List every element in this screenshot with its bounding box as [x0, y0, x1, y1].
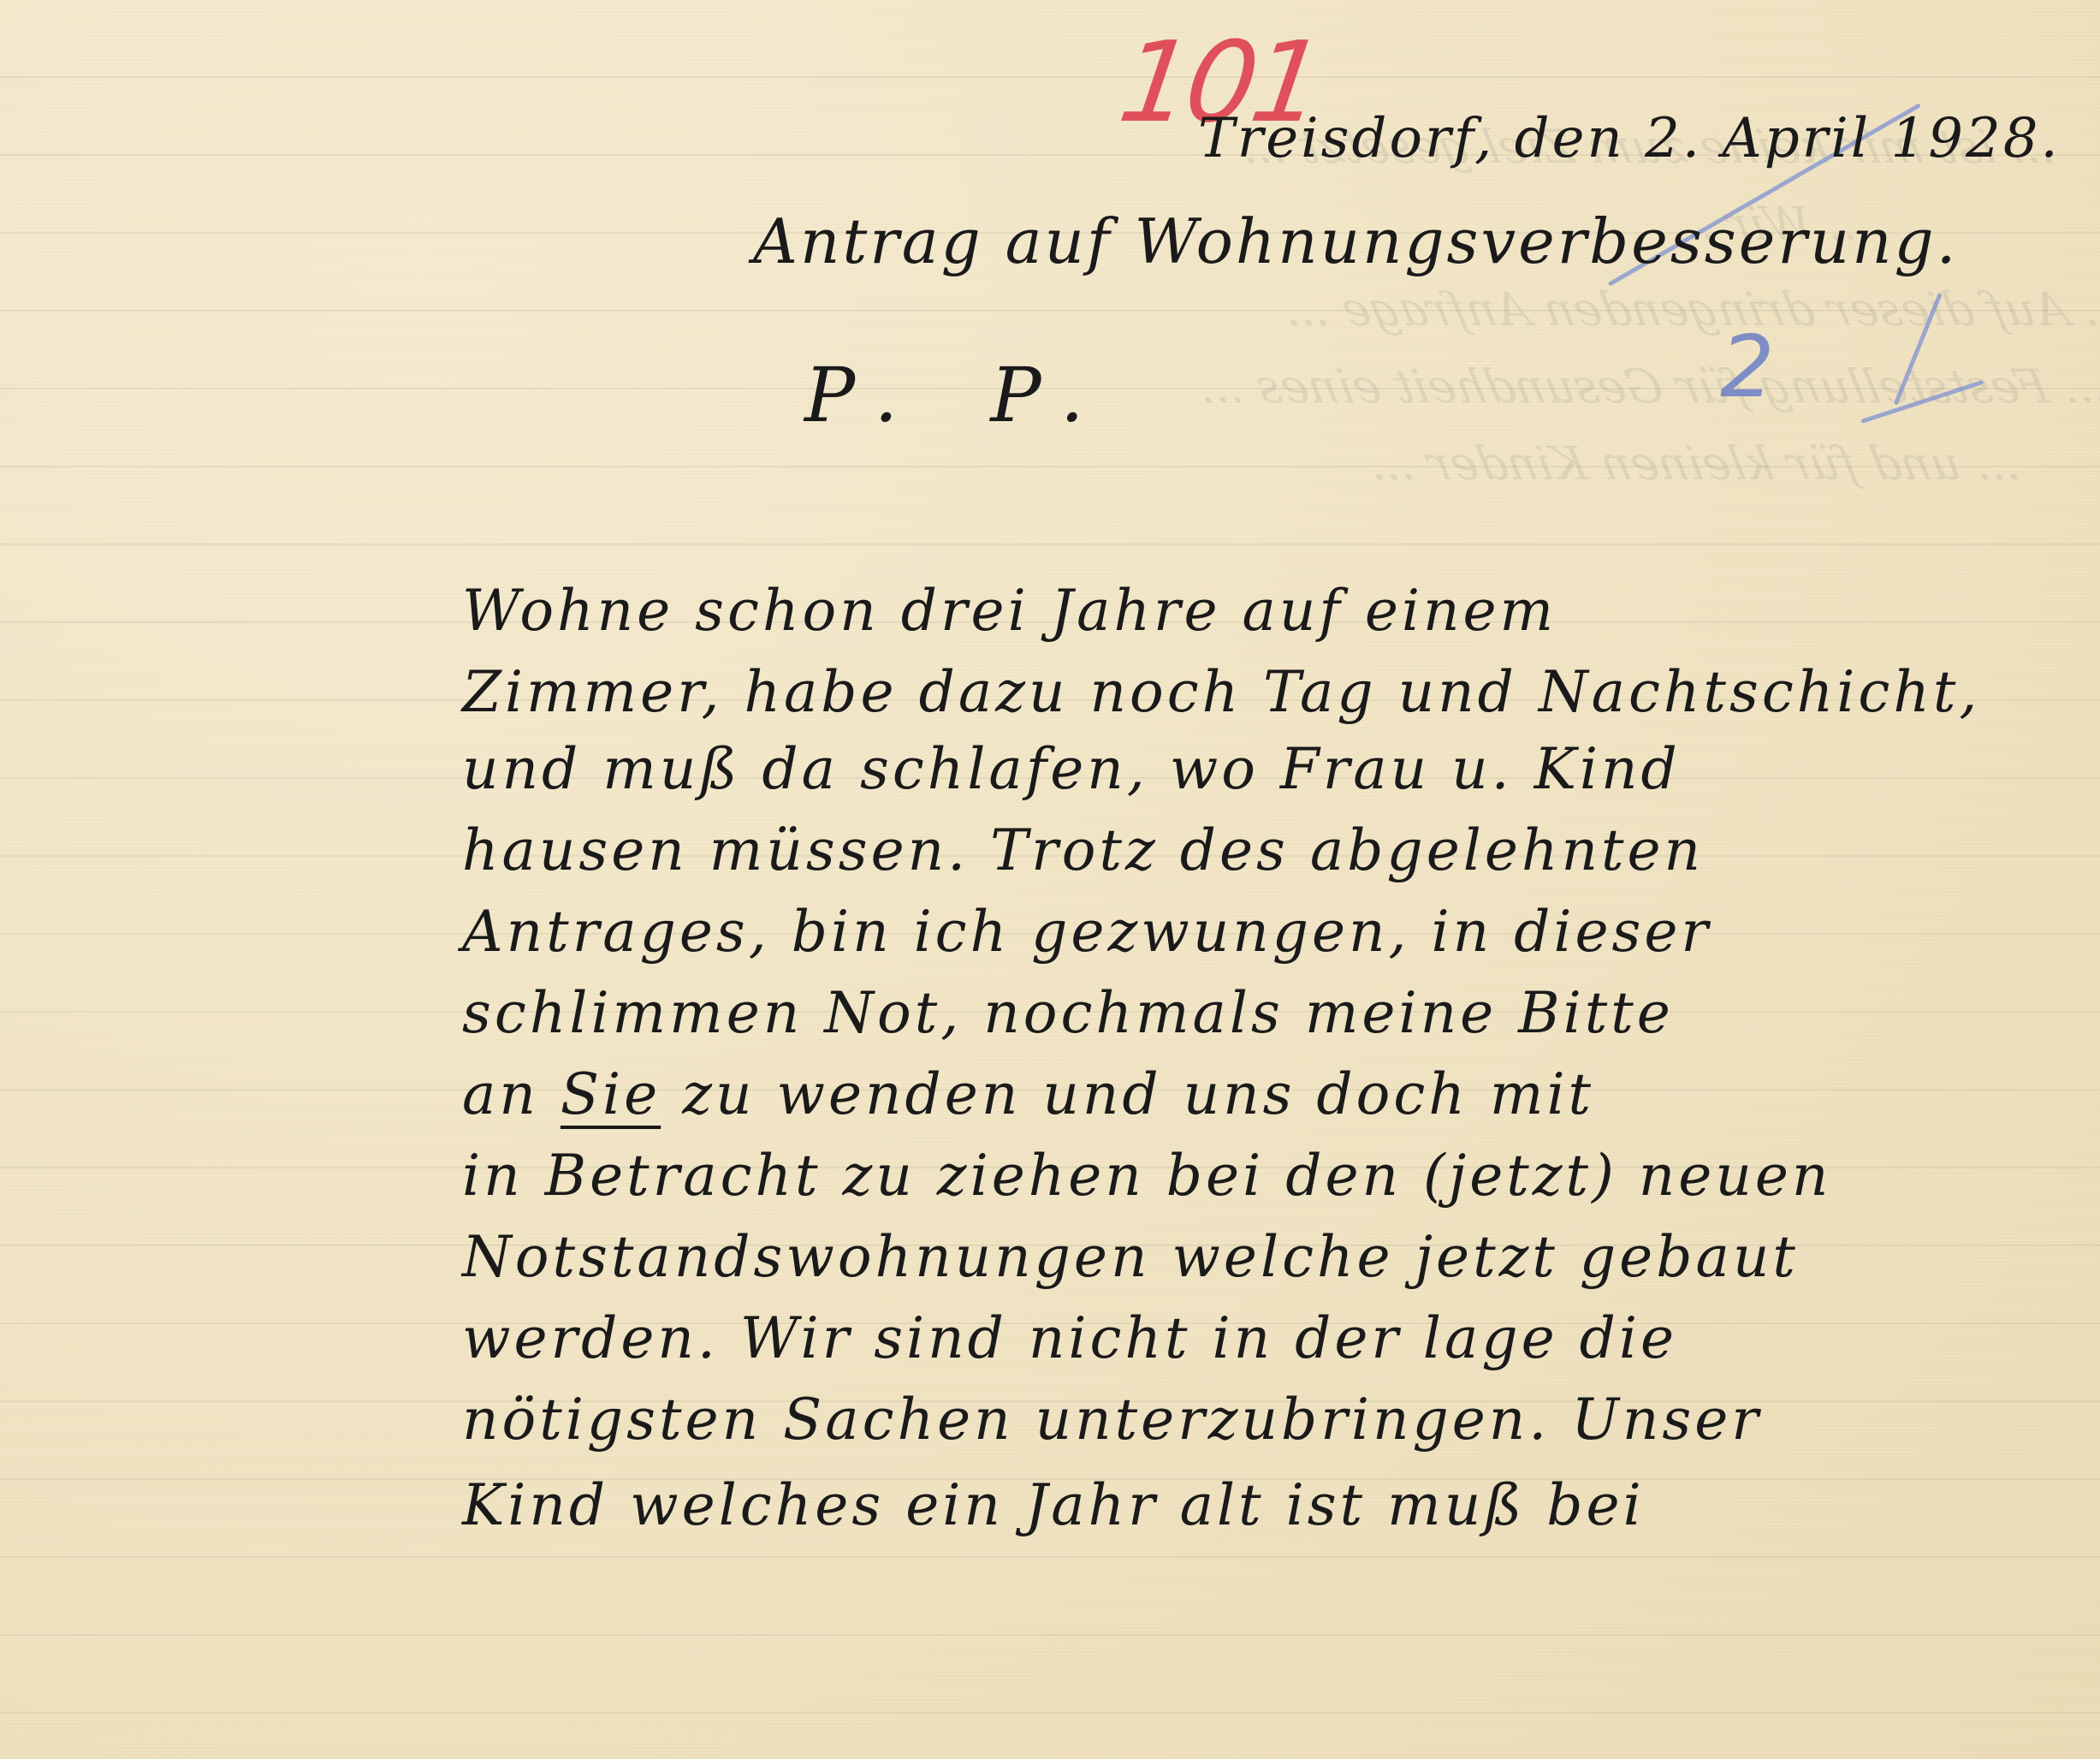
body-line: Zimmer, habe dazu noch Tag und Nachtschi…	[462, 659, 1980, 725]
body-line: Notstandswohnungen welche jetzt gebaut	[462, 1224, 1799, 1290]
bleed-through-line: ... Auf dieser dringenden Anfrage ...	[1278, 282, 2100, 336]
body-line: in Betracht zu ziehen bei den (jetzt) ne…	[462, 1143, 1831, 1209]
body-line: werden. Wir sind nicht in der lage die	[462, 1305, 1677, 1371]
body-line: nötigsten Sachen unterzubringen. Unser	[462, 1387, 1762, 1453]
body-line: schlimmen Not, nochmals meine Bitte	[462, 980, 1674, 1046]
underlined-word: Sie	[561, 1061, 661, 1127]
bleed-through-line: ... und für kleinen Kinder ...	[1363, 437, 2024, 490]
document-title: Antrag auf Wohnungsverbesserung.	[753, 205, 1959, 277]
body-line: hausen müssen. Trotz des abgelehnten	[462, 817, 1704, 883]
body-text: an	[462, 1061, 561, 1127]
blue-pencil-annotation: 2	[1720, 317, 1775, 417]
salutation: P. P.	[804, 351, 1118, 439]
body-line: Kind welches ein Jahr alt ist muß bei	[462, 1472, 1645, 1538]
dateline: Treisdorf, den 2. April 1928.	[1198, 107, 2061, 170]
body-line: Antrages, bin ich gezwungen, in dieser	[462, 899, 1711, 965]
body-line: und muß da schlafen, wo Frau u. Kind	[462, 736, 1681, 802]
body-text: zu wenden und uns doch mit	[661, 1061, 1594, 1127]
body-line: an Sie zu wenden und uns doch mit	[462, 1061, 1594, 1127]
body-line: Wohne schon drei Jahre auf einem	[462, 578, 1557, 644]
